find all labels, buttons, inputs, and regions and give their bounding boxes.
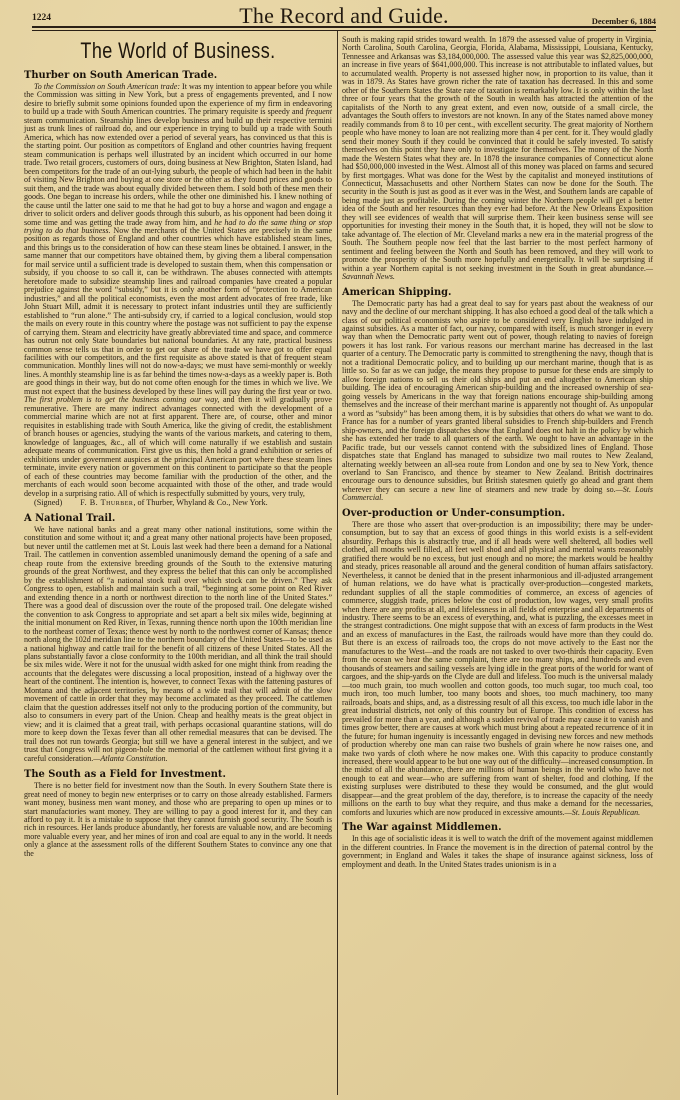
column-divider	[337, 31, 338, 1095]
article-american-shipping: American Shipping. The Democratic party …	[342, 285, 653, 503]
article-south-investment: The South as a Field for Investment. The…	[24, 767, 332, 858]
article-title: Thurber on South American Trade.	[24, 68, 314, 82]
article-national-trail: A National Trail. We have national banks…	[24, 511, 332, 763]
article-title: The South as a Field for Investment.	[24, 767, 314, 781]
newspaper-title: The Record and Guide.	[32, 4, 656, 28]
article-body: There is no better field for investment …	[24, 782, 332, 858]
article-body-continued: South is making rapid strides toward wea…	[342, 36, 653, 282]
article-source: —Atlanta Constitution.	[93, 754, 167, 763]
newspaper-page: 1224 The Record and Guide. December 6, 1…	[0, 0, 680, 1100]
article-title: American Shipping.	[342, 285, 634, 299]
article-body: We have national banks and a great many …	[24, 526, 332, 763]
article-title: The War against Middlemen.	[342, 820, 634, 834]
article-title: A National Trail.	[24, 511, 314, 525]
signature-line: (Signed)F. B. Thurber, of Thurber, Whyla…	[24, 498, 332, 507]
article-title: Over-production or Under-consumption.	[342, 506, 634, 520]
article-war-middlemen: The War against Middlemen. In this age o…	[342, 820, 653, 869]
section-title: The World of Business.	[52, 35, 305, 66]
signer-name: F. B. Thurber	[80, 498, 133, 507]
right-column: South is making rapid strides toward wea…	[342, 31, 653, 869]
article-body: To the Commission on South American trad…	[24, 83, 332, 498]
article-source: —St. Louis Republican.	[565, 808, 641, 817]
masthead-rule-thick	[32, 26, 656, 28]
masthead: 1224 The Record and Guide. December 6, 1…	[32, 4, 656, 28]
left-column: The World of Business. Thurber on South …	[24, 31, 332, 858]
article-over-production: Over-production or Under-consumption. Th…	[342, 506, 653, 817]
article-body: The Democratic party has had a great dea…	[342, 300, 653, 503]
article-body: In this age of socialistic ideas it is w…	[342, 835, 653, 869]
article-body: There are those who assert that over-pro…	[342, 521, 653, 817]
issue-date: December 6, 1884	[592, 16, 656, 26]
article-thurber: Thurber on South American Trade. To the …	[24, 68, 332, 507]
